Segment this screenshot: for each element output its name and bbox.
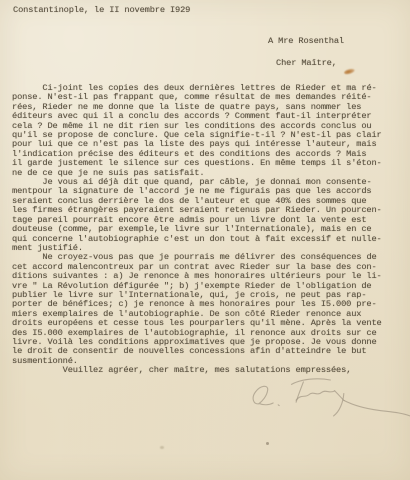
handwritten-signature <box>247 367 410 431</box>
salutation: Cher Maître, <box>276 59 337 68</box>
paper-speck <box>160 446 164 449</box>
letter-body: Ci-joint les copies des deux dernières l… <box>12 84 408 376</box>
letter-paragraph: Ci-joint les copies des deux dernières l… <box>12 84 408 178</box>
dateline: Constantinople, le II novembre I929 <box>13 6 190 15</box>
paper-speck <box>266 442 269 445</box>
recipient-line: A Mre Rosenthal <box>268 37 344 46</box>
letter-paragraph: Je vous ai déjà dit que quand, par câble… <box>12 178 408 253</box>
paper-speck <box>100 238 103 241</box>
rust-stain <box>344 68 356 76</box>
letter-paragraph: Ne croyez-vous pas que je pourrais me dé… <box>12 253 408 366</box>
letter-document: Constantinople, le II novembre I929 A Mr… <box>0 0 410 480</box>
signature-icon <box>247 367 410 431</box>
